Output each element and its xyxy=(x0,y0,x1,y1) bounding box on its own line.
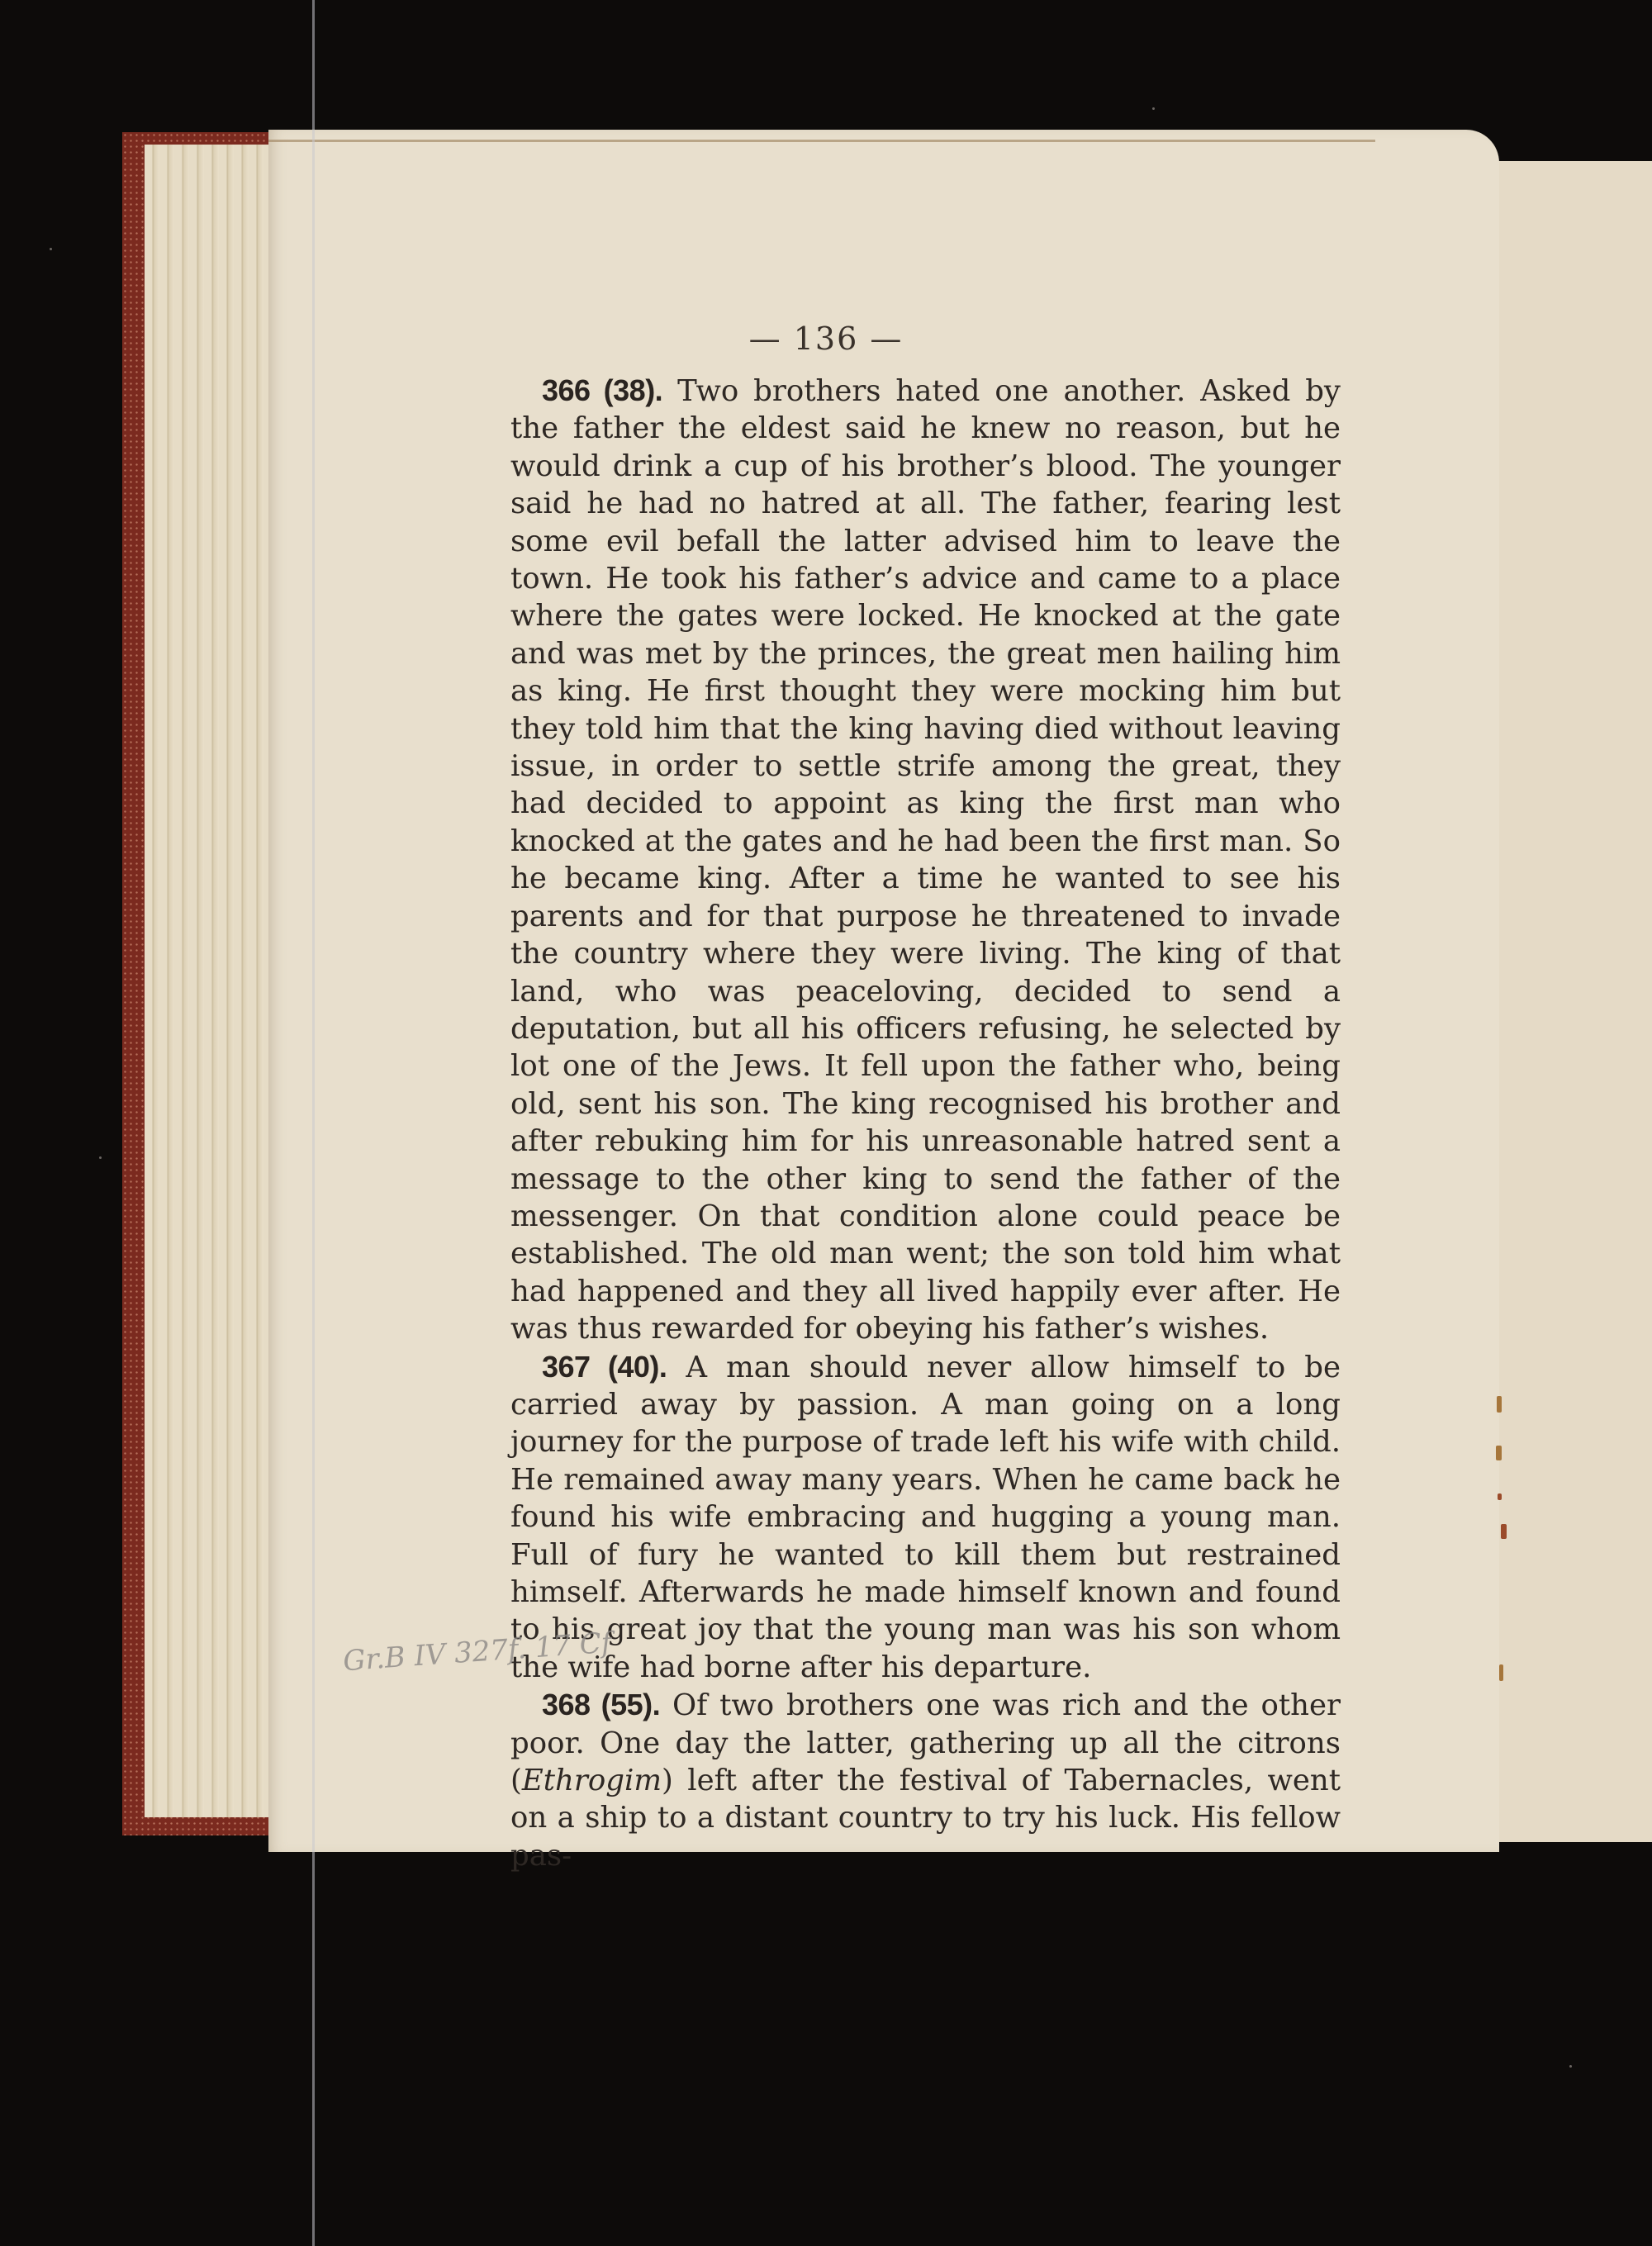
page-body-text: 366 (38). Two brothers hated one another… xyxy=(510,372,1341,1874)
entry-text: A man should never allow himself to be c… xyxy=(510,1351,1341,1684)
italic-term: Ethrogim xyxy=(522,1764,662,1797)
entry-number: 366 (38). xyxy=(542,373,662,407)
entry-366: 366 (38). Two brothers hated one another… xyxy=(510,372,1341,1348)
paper-stain xyxy=(1497,1396,1502,1413)
entry-number: 368 (55). xyxy=(542,1688,660,1721)
paper-stain xyxy=(1498,1493,1502,1500)
page-number: — 136 — xyxy=(749,321,904,357)
facing-page-edge xyxy=(1495,161,1652,1842)
background-speck xyxy=(1152,107,1155,110)
paper-stain xyxy=(1501,1524,1507,1539)
entry-number: 367 (40). xyxy=(542,1350,667,1384)
paper-stain xyxy=(1496,1446,1502,1460)
paper-stain xyxy=(1499,1664,1503,1681)
entry-368: 368 (55). Of two brothers one was rich a… xyxy=(510,1686,1341,1874)
background-speck xyxy=(99,1156,102,1159)
entry-text: Two brothers hated one another. Asked by… xyxy=(510,374,1341,1346)
background-speck xyxy=(1569,2065,1572,2068)
page-stack-edges xyxy=(145,145,268,1817)
holding-thread xyxy=(312,0,315,2246)
page-top-rule xyxy=(268,140,1375,142)
entry-367: 367 (40). A man should never allow himse… xyxy=(510,1348,1341,1687)
background-speck xyxy=(50,248,52,250)
